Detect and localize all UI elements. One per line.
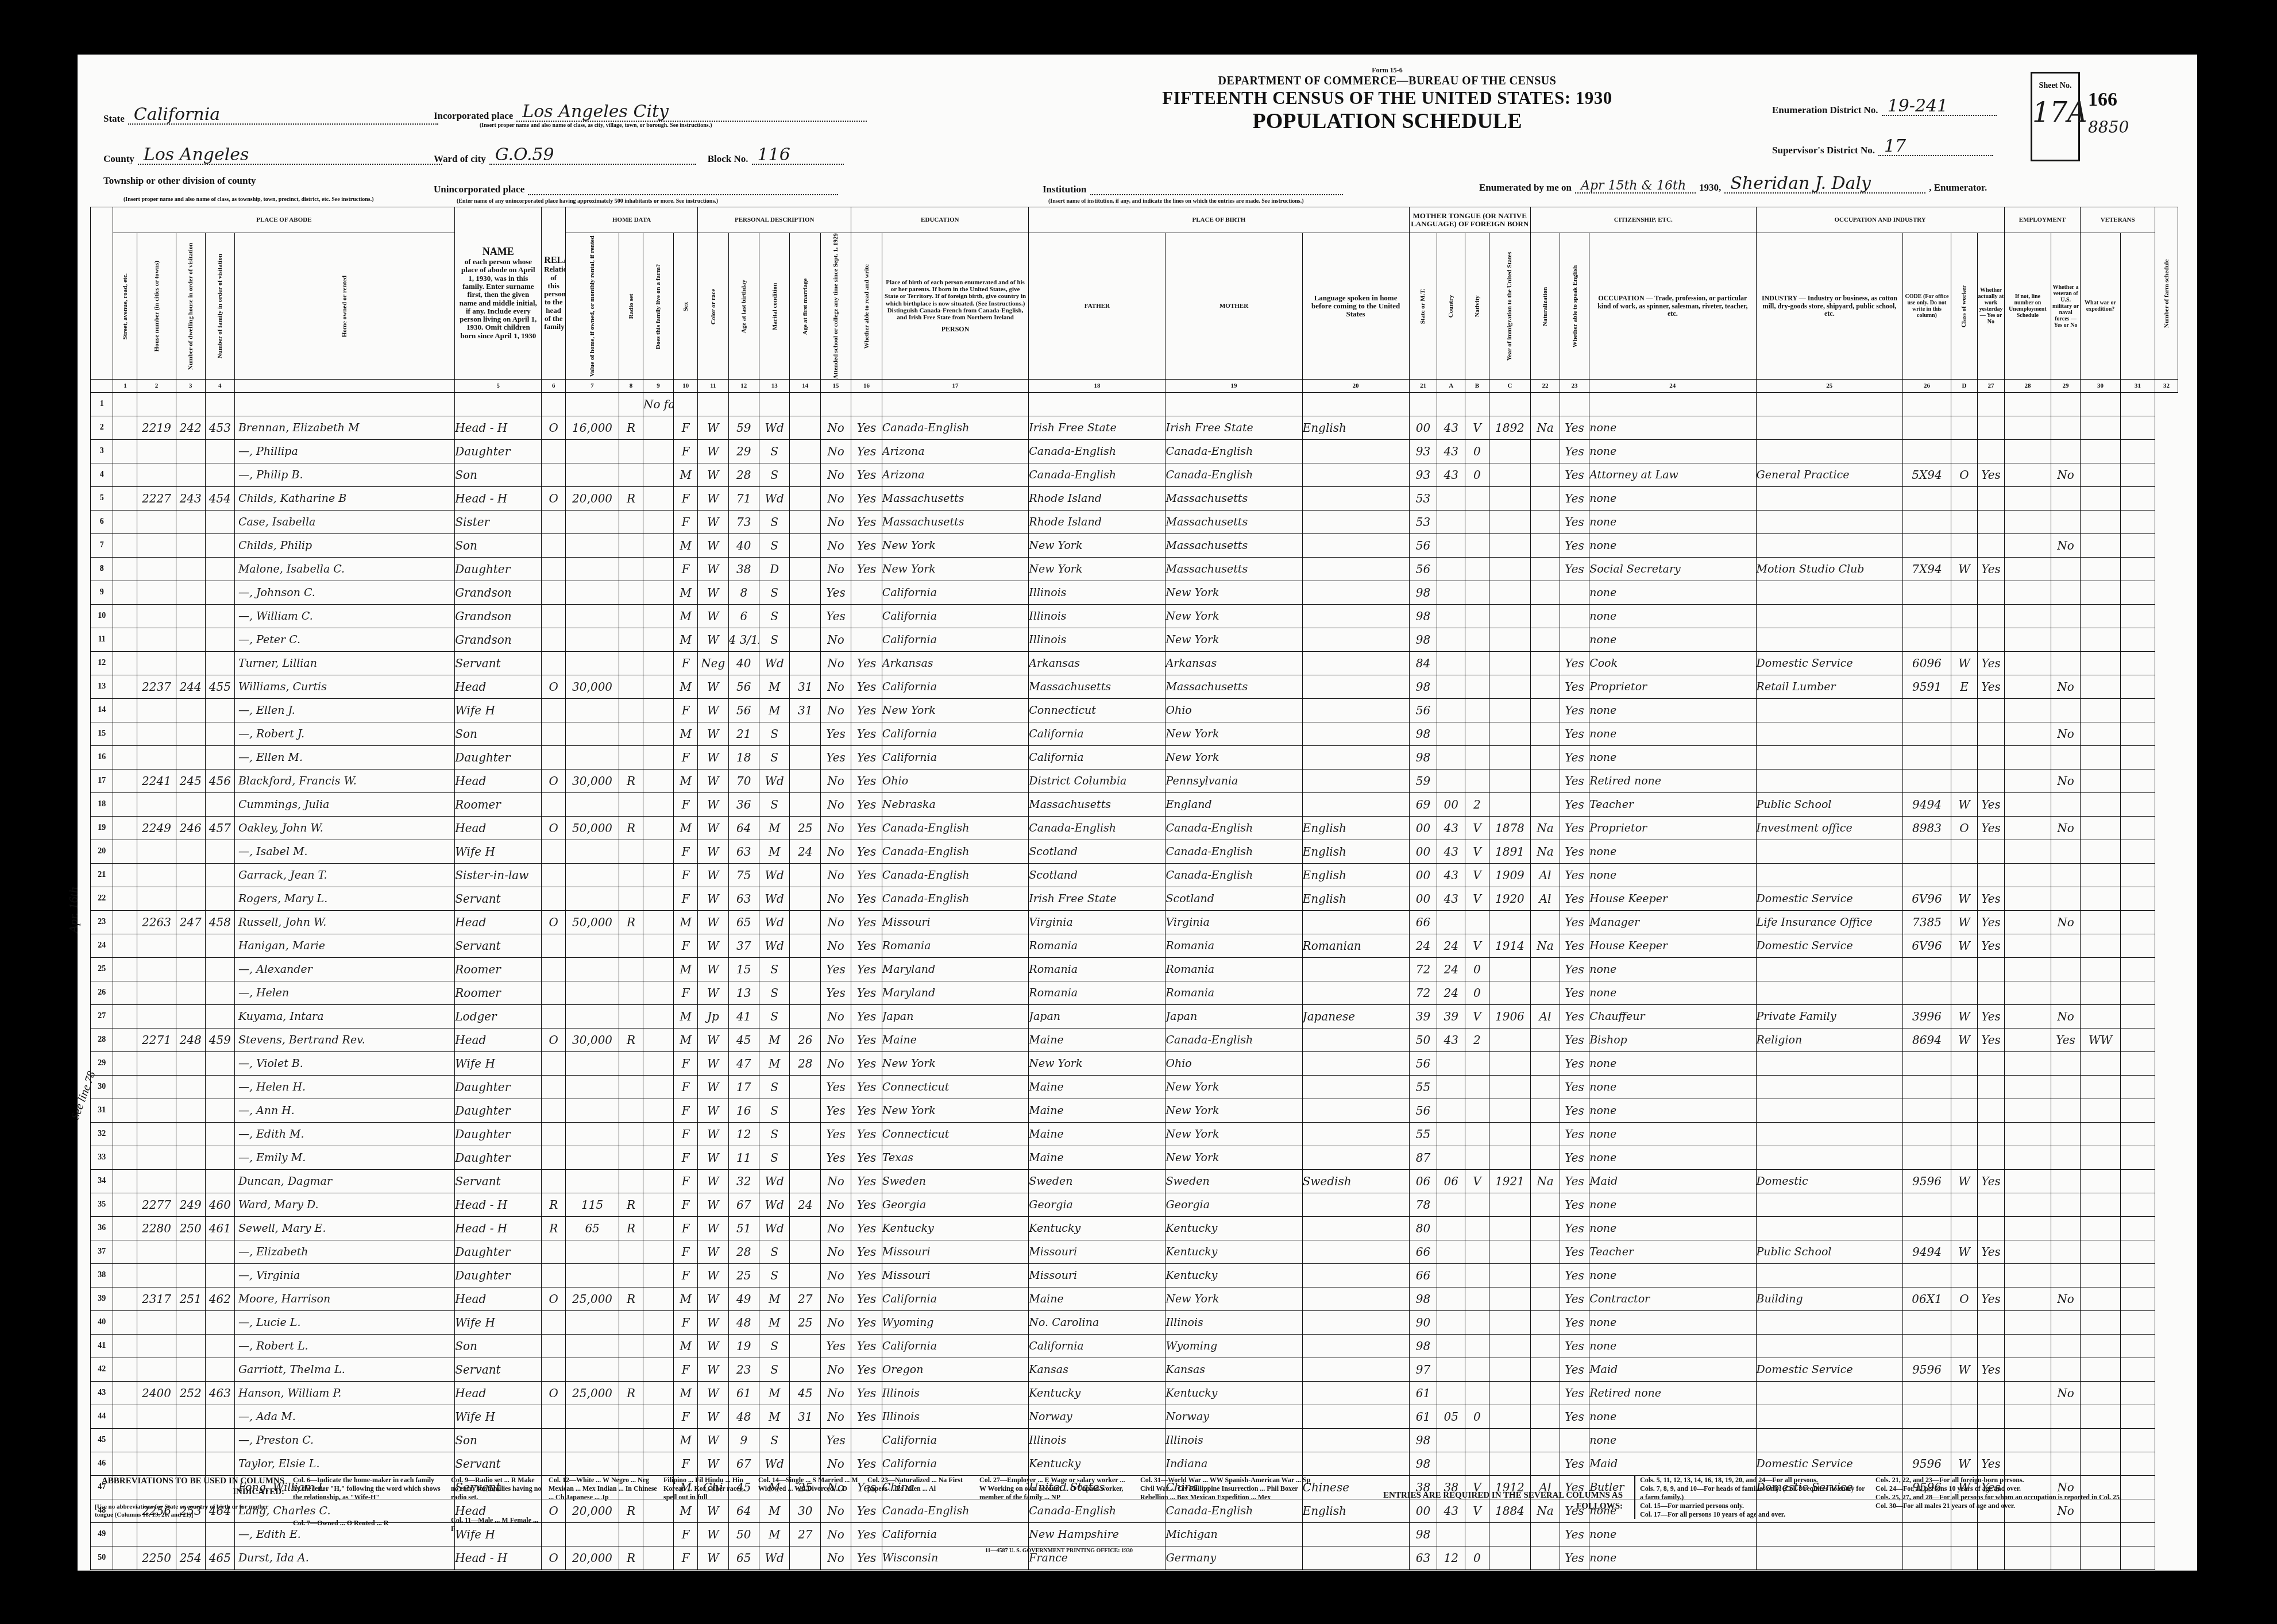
school-cell[interactable]: No — [820, 652, 851, 675]
unemployment-line-cell[interactable] — [2004, 393, 2051, 416]
birthplace-father-cell[interactable]: Maine — [1029, 1028, 1165, 1052]
farm-schedule-cell[interactable] — [2120, 652, 2155, 675]
institution-value[interactable] — [1090, 194, 1343, 195]
marital-cell[interactable]: M — [759, 1028, 790, 1052]
code-c-cell[interactable] — [1465, 1335, 1489, 1358]
war-cell[interactable] — [2081, 1146, 2121, 1170]
read-write-cell[interactable]: Yes — [851, 770, 882, 793]
birthplace-person-cell[interactable]: California — [882, 1287, 1029, 1311]
immigration-year-cell[interactable] — [1489, 746, 1530, 770]
sex-cell[interactable]: F — [674, 1146, 698, 1170]
immigration-year-cell[interactable] — [1489, 981, 1530, 1005]
relation-cell[interactable]: Daughter — [455, 1099, 542, 1123]
table-row[interactable]: 232263247458Russell, John W.HeadO50,000R… — [91, 911, 2178, 934]
unemployment-line-cell[interactable] — [2004, 1287, 2051, 1311]
occupation-code-cell[interactable]: 6V96 — [1903, 887, 1951, 911]
code-b-cell[interactable]: 05 — [1437, 1405, 1465, 1429]
name-cell[interactable] — [234, 393, 454, 416]
mother-tongue-cell[interactable] — [1302, 746, 1409, 770]
age-cell[interactable]: 48 — [728, 1311, 759, 1335]
code-b-cell[interactable]: 43 — [1437, 463, 1465, 487]
occupation-code-cell[interactable]: 8983 — [1903, 817, 1951, 840]
sex-cell[interactable]: F — [674, 416, 698, 440]
unemployment-line-cell[interactable] — [2004, 628, 2051, 652]
birthplace-father-cell[interactable]: Arkansas — [1029, 652, 1165, 675]
read-write-cell[interactable]: Yes — [851, 934, 882, 958]
farm-cell[interactable] — [643, 1028, 673, 1052]
home-value-cell[interactable] — [566, 1076, 619, 1099]
home-value-cell[interactable]: 20,000 — [566, 1546, 619, 1570]
naturalization-cell[interactable] — [1530, 463, 1560, 487]
code-a-cell[interactable]: 69 — [1409, 793, 1437, 817]
dwelling-number-cell[interactable] — [176, 746, 205, 770]
radio-cell[interactable] — [619, 1405, 643, 1429]
school-cell[interactable]: Yes — [820, 581, 851, 605]
family-number-cell[interactable] — [205, 1146, 234, 1170]
home-value-cell[interactable] — [566, 581, 619, 605]
street-cell[interactable] — [113, 722, 137, 746]
family-number-cell[interactable] — [205, 1405, 234, 1429]
sex-cell[interactable] — [674, 393, 698, 416]
dwelling-number-cell[interactable] — [176, 958, 205, 981]
naturalization-cell[interactable] — [1530, 1076, 1560, 1099]
employed-cell[interactable] — [1978, 746, 2004, 770]
birthplace-person-cell[interactable]: California — [882, 581, 1029, 605]
industry-cell[interactable] — [1756, 393, 1903, 416]
owned-rented-cell[interactable] — [542, 722, 566, 746]
industry-cell[interactable] — [1756, 1123, 1903, 1146]
veteran-cell[interactable] — [2051, 581, 2081, 605]
age-marriage-cell[interactable]: 27 — [790, 1523, 820, 1546]
immigration-year-cell[interactable]: 1909 — [1489, 864, 1530, 887]
unemployment-line-cell[interactable] — [2004, 675, 2051, 699]
class-worker-cell[interactable] — [1951, 393, 1977, 416]
relation-cell[interactable]: Sister-in-law — [455, 864, 542, 887]
code-b-cell[interactable]: 43 — [1437, 887, 1465, 911]
age-marriage-cell[interactable]: 28 — [790, 1052, 820, 1076]
code-b-cell[interactable]: 00 — [1437, 793, 1465, 817]
family-number-cell[interactable] — [205, 463, 234, 487]
owned-rented-cell[interactable] — [542, 1099, 566, 1123]
speaks-english-cell[interactable]: Yes — [1560, 463, 1589, 487]
birthplace-person-cell[interactable]: Wyoming — [882, 1311, 1029, 1335]
dwelling-number-cell[interactable] — [176, 1076, 205, 1099]
farm-schedule-cell[interactable] — [2120, 770, 2155, 793]
family-number-cell[interactable]: 459 — [205, 1028, 234, 1052]
dwelling-number-cell[interactable]: 242 — [176, 416, 205, 440]
birthplace-mother-cell[interactable]: New York — [1165, 1076, 1302, 1099]
code-c-cell[interactable] — [1465, 581, 1489, 605]
relation-cell[interactable]: Head — [455, 1382, 542, 1405]
birthplace-mother-cell[interactable]: Germany — [1165, 1546, 1302, 1570]
home-value-cell[interactable]: 30,000 — [566, 675, 619, 699]
dwelling-number-cell[interactable]: 244 — [176, 675, 205, 699]
dwelling-number-cell[interactable] — [176, 699, 205, 722]
farm-cell[interactable] — [643, 1429, 673, 1452]
birthplace-father-cell[interactable]: Illinois — [1029, 605, 1165, 628]
code-c-cell[interactable] — [1465, 393, 1489, 416]
house-number-cell[interactable] — [137, 1146, 176, 1170]
code-a-cell[interactable]: 55 — [1409, 1123, 1437, 1146]
family-number-cell[interactable] — [205, 1264, 234, 1287]
dwelling-number-cell[interactable] — [176, 1311, 205, 1335]
unemployment-line-cell[interactable] — [2004, 911, 2051, 934]
age-cell[interactable]: 17 — [728, 1076, 759, 1099]
class-worker-cell[interactable]: E — [1951, 675, 1977, 699]
owned-rented-cell[interactable] — [542, 1005, 566, 1028]
farm-schedule-cell[interactable] — [2120, 722, 2155, 746]
dwelling-number-cell[interactable] — [176, 1358, 205, 1382]
occupation-cell[interactable]: Chauffeur — [1589, 1005, 1756, 1028]
relation-cell[interactable]: Son — [455, 463, 542, 487]
birthplace-father-cell[interactable]: Romania — [1029, 958, 1165, 981]
birthplace-person-cell[interactable]: Missouri — [882, 911, 1029, 934]
employed-cell[interactable]: Yes — [1978, 652, 2004, 675]
sex-cell[interactable]: M — [674, 1429, 698, 1452]
table-row[interactable]: 37—, ElizabethDaughterFW28SNoYesMissouri… — [91, 1240, 2178, 1264]
war-cell[interactable] — [2081, 1217, 2121, 1240]
war-cell[interactable] — [2081, 864, 2121, 887]
unemployment-line-cell[interactable] — [2004, 463, 2051, 487]
house-number-cell[interactable] — [137, 1335, 176, 1358]
radio-cell[interactable]: R — [619, 911, 643, 934]
read-write-cell[interactable]: Yes — [851, 652, 882, 675]
table-row[interactable]: 40—, Lucie L.Wife HFW48M25NoYesWyomingNo… — [91, 1311, 2178, 1335]
unemployment-line-cell[interactable] — [2004, 487, 2051, 511]
unemployment-line-cell[interactable] — [2004, 1240, 2051, 1264]
family-number-cell[interactable] — [205, 1358, 234, 1382]
speaks-english-cell[interactable]: Yes — [1560, 1005, 1589, 1028]
birthplace-mother-cell[interactable]: New York — [1165, 1099, 1302, 1123]
school-cell[interactable]: Yes — [820, 1335, 851, 1358]
street-cell[interactable] — [113, 487, 137, 511]
family-number-cell[interactable] — [205, 981, 234, 1005]
speaks-english-cell[interactable]: Yes — [1560, 1382, 1589, 1405]
mother-tongue-cell[interactable] — [1302, 1405, 1409, 1429]
home-value-cell[interactable] — [566, 1405, 619, 1429]
home-value-cell[interactable] — [566, 393, 619, 416]
birthplace-mother-cell[interactable]: Canada-English — [1165, 1028, 1302, 1052]
unemployment-line-cell[interactable] — [2004, 1335, 2051, 1358]
school-cell[interactable]: No — [820, 558, 851, 581]
code-b-cell[interactable] — [1437, 1099, 1465, 1123]
birthplace-father-cell[interactable]: Norway — [1029, 1405, 1165, 1429]
immigration-year-cell[interactable] — [1489, 1076, 1530, 1099]
marital-cell[interactable]: S — [759, 440, 790, 463]
family-number-cell[interactable]: 455 — [205, 675, 234, 699]
speaks-english-cell[interactable] — [1560, 1429, 1589, 1452]
occupation-code-cell[interactable] — [1903, 1335, 1951, 1358]
code-a-cell[interactable]: 61 — [1409, 1405, 1437, 1429]
occupation-cell[interactable]: Maid — [1589, 1358, 1756, 1382]
code-c-cell[interactable] — [1465, 1264, 1489, 1287]
code-c-cell[interactable]: 0 — [1465, 981, 1489, 1005]
family-number-cell[interactable]: 456 — [205, 770, 234, 793]
employed-cell[interactable] — [1978, 699, 2004, 722]
mother-tongue-cell[interactable] — [1302, 699, 1409, 722]
home-value-cell[interactable] — [566, 722, 619, 746]
veteran-cell[interactable]: No — [2051, 1382, 2081, 1405]
street-cell[interactable] — [113, 463, 137, 487]
birthplace-person-cell[interactable]: Connecticut — [882, 1123, 1029, 1146]
home-value-cell[interactable] — [566, 463, 619, 487]
age-cell[interactable]: 9 — [728, 1429, 759, 1452]
class-worker-cell[interactable] — [1951, 1099, 1977, 1123]
school-cell[interactable]: No — [820, 487, 851, 511]
farm-schedule-cell[interactable] — [2120, 840, 2155, 864]
occupation-code-cell[interactable] — [1903, 1523, 1951, 1546]
birthplace-father-cell[interactable]: Massachusetts — [1029, 793, 1165, 817]
immigration-year-cell[interactable] — [1489, 1099, 1530, 1123]
farm-cell[interactable] — [643, 487, 673, 511]
unemployment-line-cell[interactable] — [2004, 840, 2051, 864]
marital-cell[interactable]: S — [759, 1358, 790, 1382]
farm-cell[interactable] — [643, 770, 673, 793]
immigration-year-cell[interactable] — [1489, 558, 1530, 581]
read-write-cell[interactable]: Yes — [851, 1546, 882, 1570]
school-cell[interactable] — [820, 393, 851, 416]
dwelling-number-cell[interactable]: 251 — [176, 1287, 205, 1311]
age-marriage-cell[interactable] — [790, 628, 820, 652]
read-write-cell[interactable]: Yes — [851, 1523, 882, 1546]
relation-cell[interactable]: Daughter — [455, 746, 542, 770]
home-value-cell[interactable]: 115 — [566, 1193, 619, 1217]
veteran-cell[interactable] — [2051, 699, 2081, 722]
occupation-cell[interactable]: Contractor — [1589, 1287, 1756, 1311]
farm-cell[interactable] — [643, 840, 673, 864]
occupation-cell[interactable]: none — [1589, 864, 1756, 887]
war-cell[interactable] — [2081, 793, 2121, 817]
class-worker-cell[interactable] — [1951, 981, 1977, 1005]
industry-cell[interactable]: Domestic Service — [1756, 652, 1903, 675]
class-worker-cell[interactable] — [1951, 1264, 1977, 1287]
occupation-code-cell[interactable]: 9596 — [1903, 1358, 1951, 1382]
occupation-code-cell[interactable] — [1903, 770, 1951, 793]
family-number-cell[interactable] — [205, 1240, 234, 1264]
class-worker-cell[interactable] — [1951, 1193, 1977, 1217]
speaks-english-cell[interactable]: Yes — [1560, 770, 1589, 793]
relation-cell[interactable]: Wife H — [455, 840, 542, 864]
age-cell[interactable]: 65 — [728, 1546, 759, 1570]
naturalization-cell[interactable] — [1530, 1311, 1560, 1335]
house-number-cell[interactable] — [137, 440, 176, 463]
occupation-code-cell[interactable]: 9591 — [1903, 675, 1951, 699]
immigration-year-cell[interactable] — [1489, 463, 1530, 487]
immigration-year-cell[interactable] — [1489, 1146, 1530, 1170]
occupation-cell[interactable]: none — [1589, 511, 1756, 534]
birthplace-person-cell[interactable]: Texas — [882, 1146, 1029, 1170]
occupation-cell[interactable]: none — [1589, 1546, 1756, 1570]
read-write-cell[interactable]: Yes — [851, 1217, 882, 1240]
marital-cell[interactable]: Wd — [759, 770, 790, 793]
farm-cell[interactable] — [643, 558, 673, 581]
code-c-cell[interactable] — [1465, 746, 1489, 770]
employed-cell[interactable] — [1978, 605, 2004, 628]
employed-cell[interactable] — [1978, 487, 2004, 511]
race-cell[interactable] — [698, 393, 728, 416]
sex-cell[interactable]: M — [674, 1028, 698, 1052]
school-cell[interactable]: No — [820, 887, 851, 911]
speaks-english-cell[interactable]: Yes — [1560, 1546, 1589, 1570]
industry-cell[interactable] — [1756, 1335, 1903, 1358]
occupation-cell[interactable]: none — [1589, 699, 1756, 722]
family-number-cell[interactable]: 458 — [205, 911, 234, 934]
code-a-cell[interactable]: 80 — [1409, 1217, 1437, 1240]
unemployment-line-cell[interactable] — [2004, 1405, 2051, 1429]
code-b-cell[interactable] — [1437, 1287, 1465, 1311]
class-worker-cell[interactable]: W — [1951, 1028, 1977, 1052]
family-number-cell[interactable] — [205, 393, 234, 416]
family-number-cell[interactable] — [205, 699, 234, 722]
veteran-cell[interactable]: No — [2051, 1005, 2081, 1028]
birthplace-person-cell[interactable]: Kentucky — [882, 1217, 1029, 1240]
naturalization-cell[interactable] — [1530, 793, 1560, 817]
war-cell[interactable] — [2081, 1052, 2121, 1076]
immigration-year-cell[interactable] — [1489, 1523, 1530, 1546]
speaks-english-cell[interactable]: Yes — [1560, 864, 1589, 887]
farm-schedule-cell[interactable] — [2120, 1170, 2155, 1193]
occupation-cell[interactable]: House Keeper — [1589, 887, 1756, 911]
radio-cell[interactable]: R — [619, 1217, 643, 1240]
mother-tongue-cell[interactable] — [1302, 675, 1409, 699]
code-b-cell[interactable] — [1437, 581, 1465, 605]
mother-tongue-cell[interactable] — [1302, 1028, 1409, 1052]
age-marriage-cell[interactable] — [790, 1358, 820, 1382]
radio-cell[interactable] — [619, 1335, 643, 1358]
home-value-cell[interactable] — [566, 934, 619, 958]
code-c-cell[interactable] — [1465, 675, 1489, 699]
table-row[interactable]: 24Hanigan, MarieServantFW37WdNoYesRomani… — [91, 934, 2178, 958]
sex-cell[interactable]: F — [674, 864, 698, 887]
owned-rented-cell[interactable] — [542, 1452, 566, 1476]
marital-cell[interactable]: Wd — [759, 1193, 790, 1217]
house-number-cell[interactable] — [137, 652, 176, 675]
school-cell[interactable]: No — [820, 770, 851, 793]
table-row[interactable]: 45—, Preston C.SonMW9SYesCaliforniaIllin… — [91, 1429, 2178, 1452]
speaks-english-cell[interactable]: Yes — [1560, 958, 1589, 981]
code-c-cell[interactable] — [1465, 1311, 1489, 1335]
farm-schedule-cell[interactable] — [2120, 817, 2155, 840]
code-b-cell[interactable]: 43 — [1437, 817, 1465, 840]
owned-rented-cell[interactable] — [542, 981, 566, 1005]
birthplace-person-cell[interactable]: Illinois — [882, 1405, 1029, 1429]
veteran-cell[interactable]: No — [2051, 770, 2081, 793]
owned-rented-cell[interactable] — [542, 652, 566, 675]
race-cell[interactable]: W — [698, 1382, 728, 1405]
name-cell[interactable]: —, Preston C. — [234, 1429, 454, 1452]
birthplace-father-cell[interactable]: Maine — [1029, 1076, 1165, 1099]
race-cell[interactable]: W — [698, 981, 728, 1005]
occupation-cell[interactable]: none — [1589, 1052, 1756, 1076]
home-value-cell[interactable] — [566, 958, 619, 981]
read-write-cell[interactable]: Yes — [851, 487, 882, 511]
radio-cell[interactable] — [619, 581, 643, 605]
race-cell[interactable]: W — [698, 817, 728, 840]
age-cell[interactable]: 28 — [728, 1240, 759, 1264]
unemployment-line-cell[interactable] — [2004, 1523, 2051, 1546]
owned-rented-cell[interactable] — [542, 440, 566, 463]
mother-tongue-cell[interactable] — [1302, 981, 1409, 1005]
street-cell[interactable] — [113, 770, 137, 793]
read-write-cell[interactable]: Yes — [851, 534, 882, 558]
street-cell[interactable] — [113, 581, 137, 605]
read-write-cell[interactable]: Yes — [851, 699, 882, 722]
read-write-cell[interactable]: Yes — [851, 1358, 882, 1382]
school-cell[interactable]: No — [820, 1240, 851, 1264]
birthplace-father-cell[interactable]: Romania — [1029, 981, 1165, 1005]
war-cell[interactable] — [2081, 675, 2121, 699]
war-cell[interactable] — [2081, 1523, 2121, 1546]
age-cell[interactable]: 40 — [728, 652, 759, 675]
name-cell[interactable]: —, Elizabeth — [234, 1240, 454, 1264]
birthplace-person-cell[interactable]: California — [882, 605, 1029, 628]
employed-cell[interactable] — [1978, 770, 2004, 793]
speaks-english-cell[interactable]: Yes — [1560, 1099, 1589, 1123]
read-write-cell[interactable]: Yes — [851, 1287, 882, 1311]
house-number-cell[interactable] — [137, 746, 176, 770]
naturalization-cell[interactable] — [1530, 581, 1560, 605]
birthplace-father-cell[interactable]: California — [1029, 1335, 1165, 1358]
code-b-cell[interactable] — [1437, 1311, 1465, 1335]
farm-schedule-cell[interactable] — [2120, 958, 2155, 981]
occupation-cell[interactable]: Teacher — [1589, 1240, 1756, 1264]
school-cell[interactable]: No — [820, 699, 851, 722]
class-worker-cell[interactable]: W — [1951, 1240, 1977, 1264]
read-write-cell[interactable]: Yes — [851, 1452, 882, 1476]
employed-cell[interactable]: Yes — [1978, 1005, 2004, 1028]
unemployment-line-cell[interactable] — [2004, 511, 2051, 534]
unemployment-line-cell[interactable] — [2004, 1005, 2051, 1028]
farm-cell[interactable] — [643, 1452, 673, 1476]
age-cell[interactable]: 59 — [728, 416, 759, 440]
code-a-cell[interactable]: 98 — [1409, 1287, 1437, 1311]
birthplace-mother-cell[interactable]: New York — [1165, 1123, 1302, 1146]
birthplace-father-cell[interactable]: Maine — [1029, 1287, 1165, 1311]
read-write-cell[interactable]: Yes — [851, 1099, 882, 1123]
code-a-cell[interactable]: 84 — [1409, 652, 1437, 675]
farm-schedule-cell[interactable] — [2120, 1382, 2155, 1405]
code-a-cell[interactable]: 56 — [1409, 699, 1437, 722]
home-value-cell[interactable] — [566, 1123, 619, 1146]
naturalization-cell[interactable] — [1530, 652, 1560, 675]
birthplace-person-cell[interactable]: Oregon — [882, 1358, 1029, 1382]
speaks-english-cell[interactable]: Yes — [1560, 1028, 1589, 1052]
owned-rented-cell[interactable]: O — [542, 770, 566, 793]
owned-rented-cell[interactable]: O — [542, 416, 566, 440]
age-cell[interactable]: 45 — [728, 1028, 759, 1052]
class-worker-cell[interactable]: W — [1951, 1005, 1977, 1028]
school-cell[interactable]: No — [820, 1193, 851, 1217]
veteran-cell[interactable] — [2051, 1052, 2081, 1076]
farm-cell[interactable] — [643, 675, 673, 699]
birthplace-mother-cell[interactable]: Kentucky — [1165, 1382, 1302, 1405]
radio-cell[interactable]: R — [619, 1287, 643, 1311]
home-value-cell[interactable] — [566, 887, 619, 911]
age-marriage-cell[interactable] — [790, 934, 820, 958]
unemployment-line-cell[interactable] — [2004, 1028, 2051, 1052]
house-number-cell[interactable] — [137, 1264, 176, 1287]
speaks-english-cell[interactable]: Yes — [1560, 487, 1589, 511]
home-value-cell[interactable] — [566, 511, 619, 534]
code-c-cell[interactable]: V — [1465, 817, 1489, 840]
race-cell[interactable]: Jp — [698, 1005, 728, 1028]
war-cell[interactable] — [2081, 1287, 2121, 1311]
street-cell[interactable] — [113, 864, 137, 887]
street-cell[interactable] — [113, 840, 137, 864]
code-b-cell[interactable] — [1437, 628, 1465, 652]
race-cell[interactable]: W — [698, 558, 728, 581]
sex-cell[interactable]: F — [674, 699, 698, 722]
